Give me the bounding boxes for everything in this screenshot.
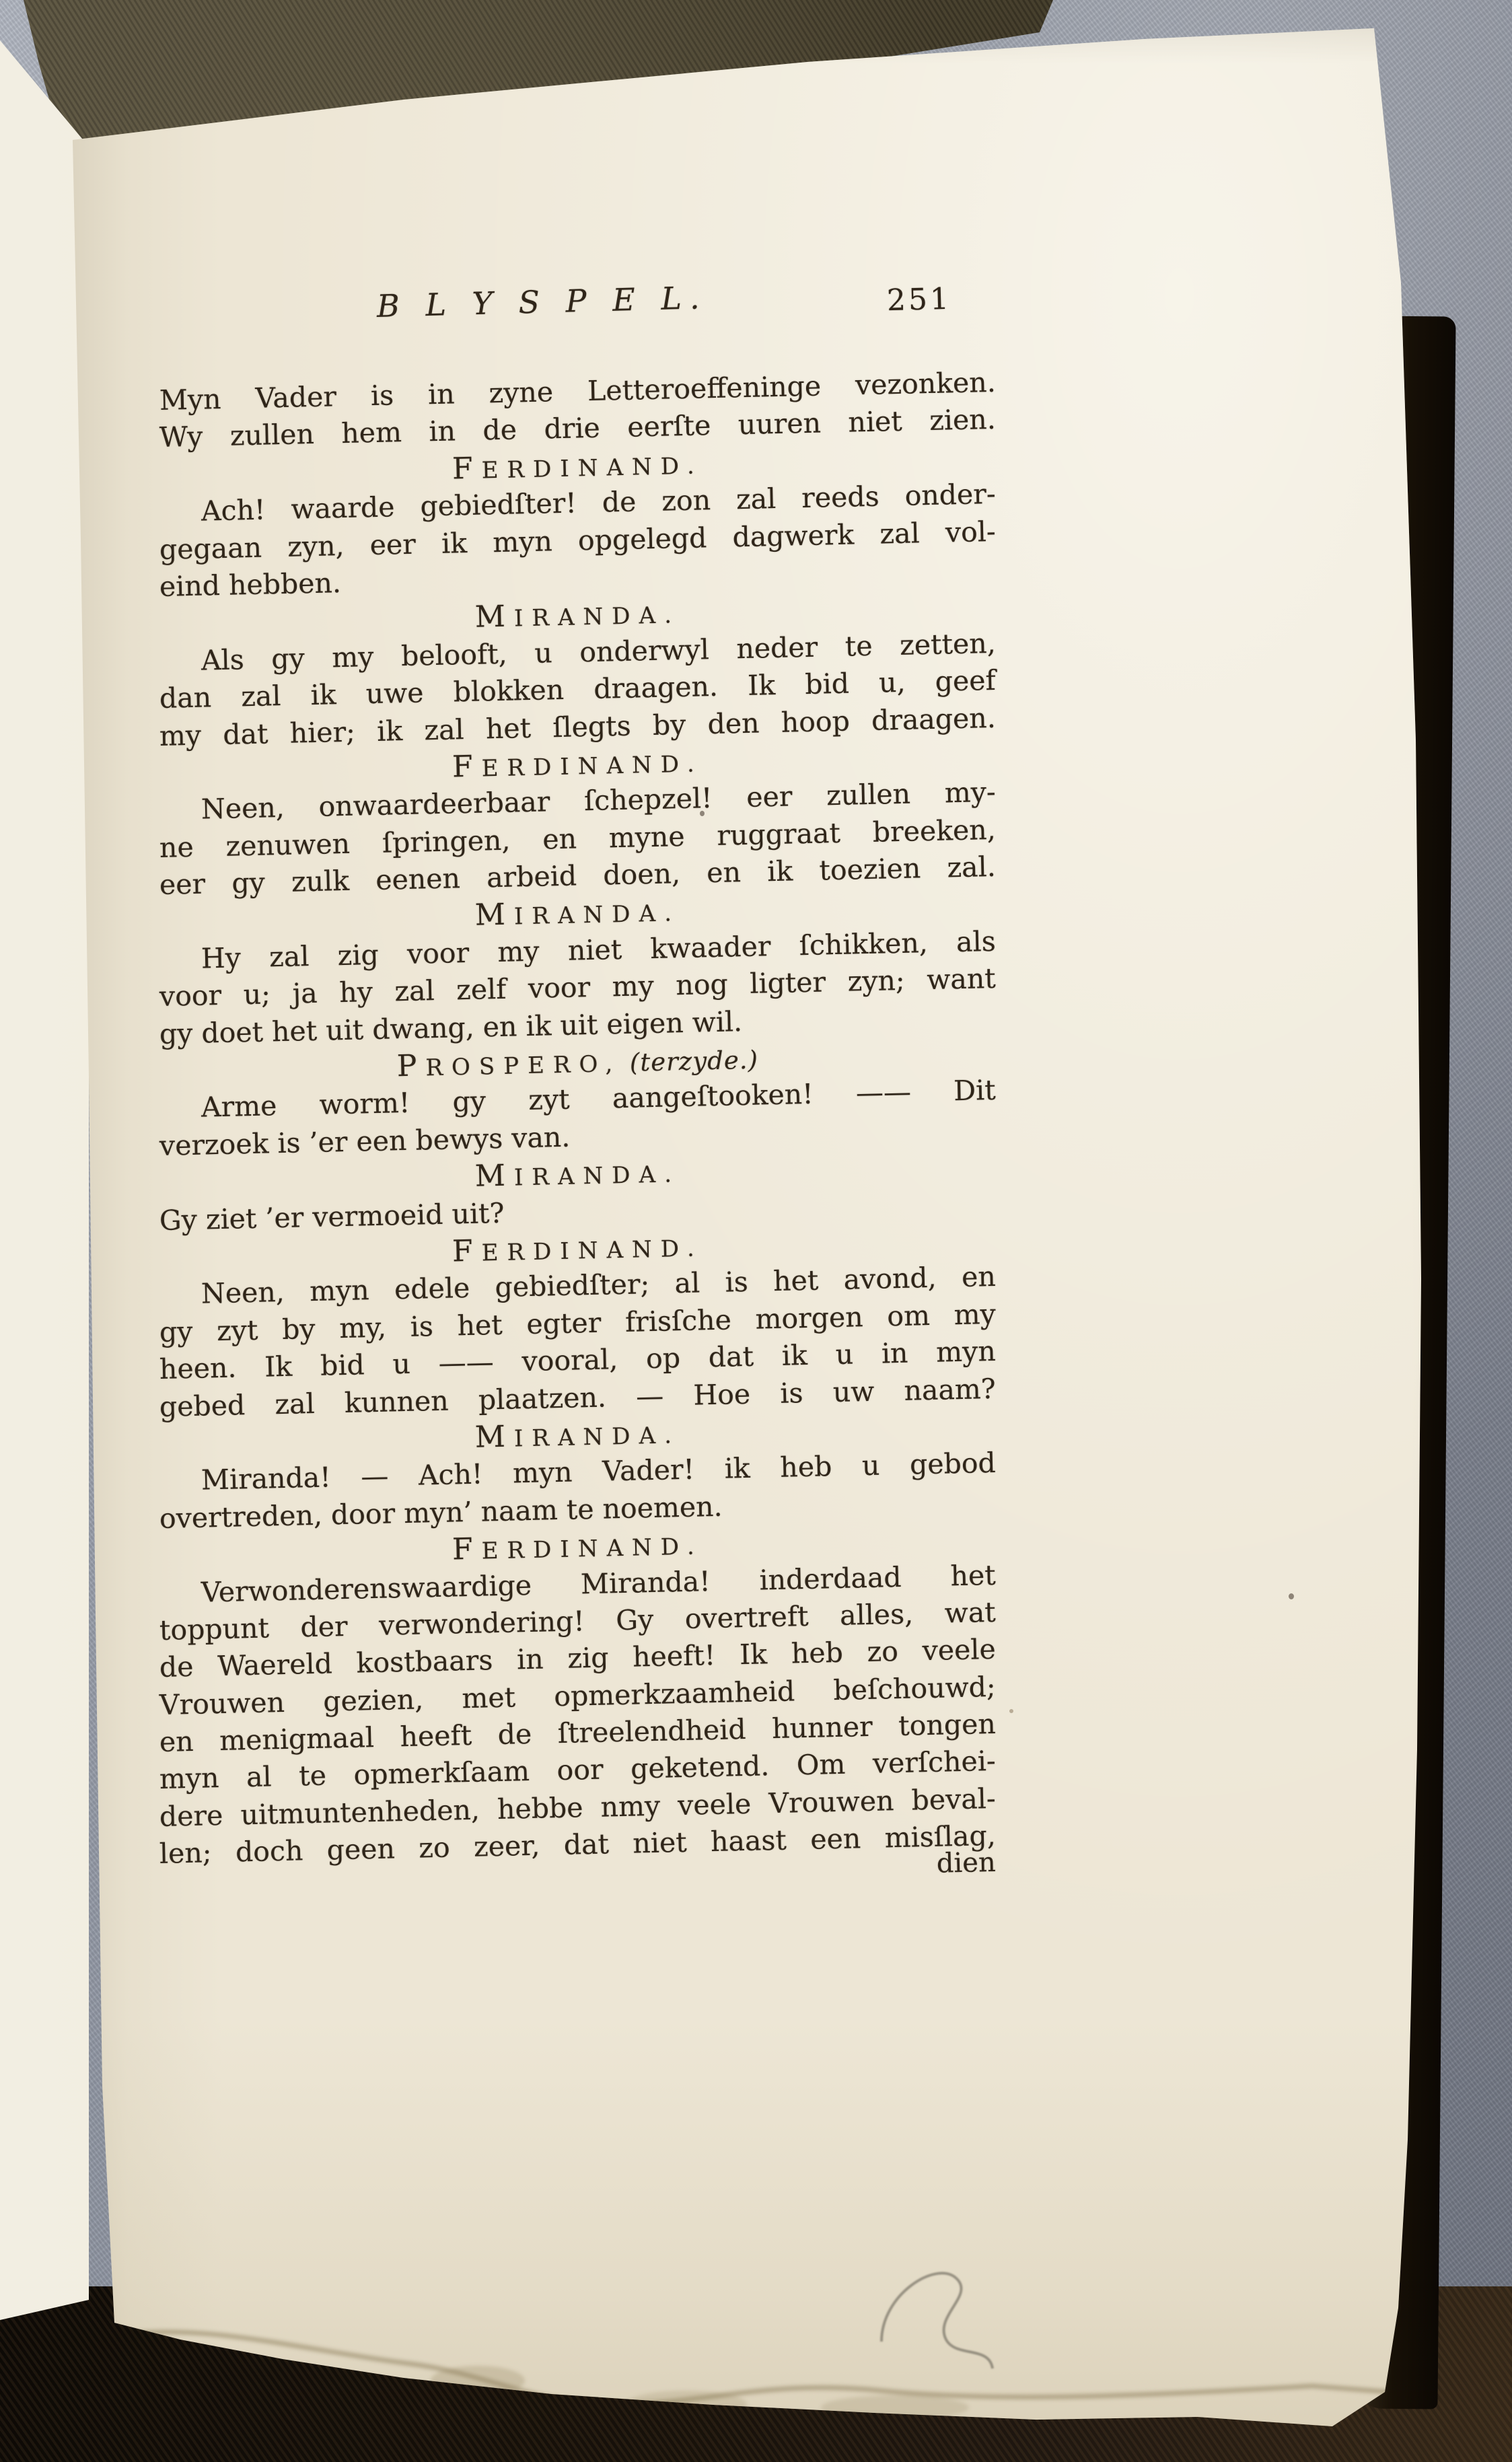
right-page: B L Y S P E L. 251 Myn Vader is in zyne … [0, 0, 1512, 2462]
ink-speck [700, 811, 705, 816]
stage-direction: (terzyde.) [621, 1046, 759, 1077]
paper-spot [1009, 1709, 1013, 1713]
ink-speck [1289, 1593, 1294, 1599]
book-photo-stage: F-o.ouderr.); maatoegen ,ezigbe-ze kans … [0, 0, 1512, 2462]
hair-fiber [855, 2214, 1030, 2389]
page-number: 251 [886, 282, 951, 318]
text-column: Myn Vader is in zyne Letteroeffeninge ve… [159, 382, 996, 1873]
